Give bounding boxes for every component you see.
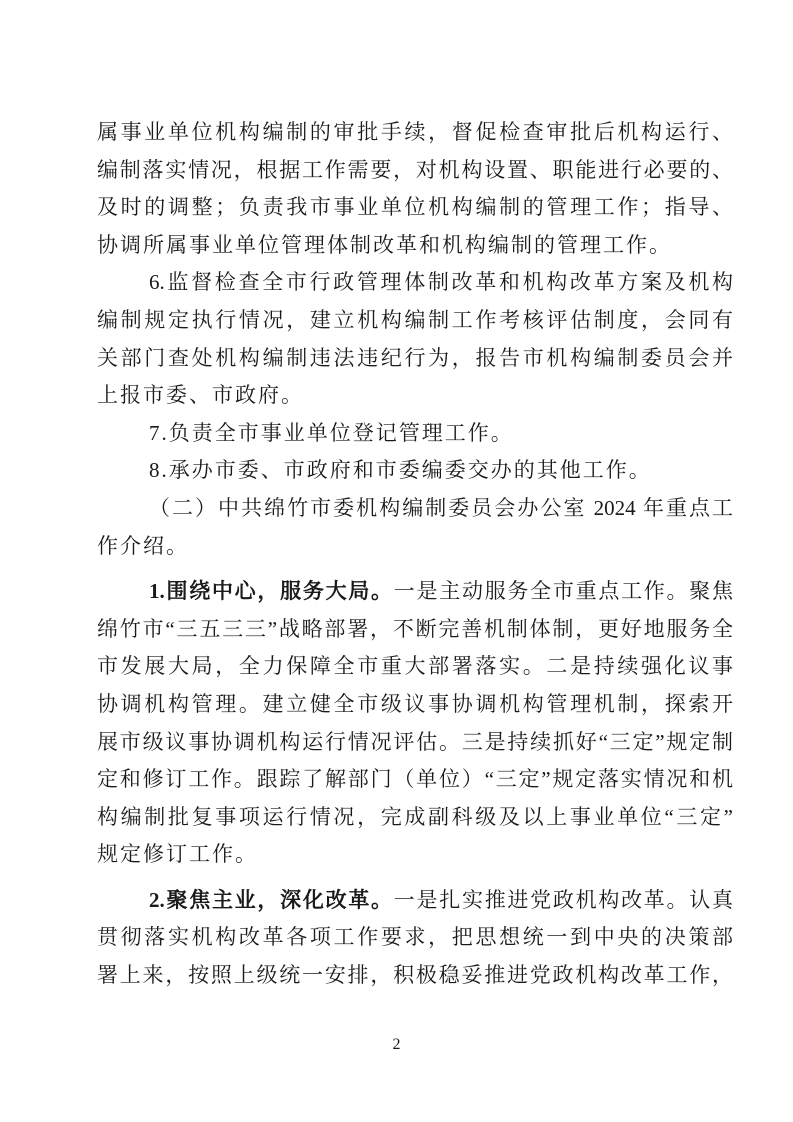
- text-run: 上报市委、市政府。: [97, 383, 304, 407]
- key-work-item-1: 1.围绕中心，服务大局。一是主动服务全市重点工作。聚焦绵竹市“三五三三”战略部署…: [97, 573, 733, 874]
- text-run: 绵竹市“三五三三”战略部署，不断完善机制体制，更好地服务全: [97, 617, 733, 641]
- text-run: 构编制批复事项运行情况，完成副科级及以上事业单位“三定”: [97, 805, 733, 829]
- page-number: 2: [0, 1036, 793, 1054]
- text-line: 属事业单位机构编制的审批手续，督促检查审批后机构运行、: [97, 114, 733, 152]
- text-run: 贯彻落实机构改革各项工作要求，把思想统一到中央的决策部: [97, 925, 733, 949]
- bold-run: 2.聚焦主业，深化改革。: [149, 888, 394, 912]
- duties-item-7: 7.负责全市事业单位登记管理工作。: [97, 415, 733, 453]
- text-run: 协调所属事业单位管理体制改革和机构编制的管理工作。: [97, 233, 672, 257]
- text-line: 市发展大局，全力保障全市重大部署落实。二是持续强化议事: [97, 648, 733, 686]
- text-line: 编制规定执行情况，建立机构编制工作考核评估制度，会同有: [97, 302, 733, 340]
- text-run: 定和修订工作。跟踪了解部门（单位）“三定”规定落实情况和机: [97, 767, 733, 791]
- text-run: （二）中共绵竹市委机构编制委员会办公室 2024 年重点工: [149, 496, 733, 520]
- text-run: 编制落实情况，根据工作需要，对机构设置、职能进行必要的、: [97, 158, 733, 182]
- text-run: 一是扎实推进党政机构改革。认真: [394, 888, 733, 912]
- text-run: 6.监督检查全市行政管理体制改革和机构改革方案及机构: [149, 270, 733, 294]
- text-line: 8.承办市委、市政府和市委编委交办的其他工作。: [97, 452, 733, 490]
- text-line: 协调机构管理。建立健全市级议事协调机构管理机制，探索开: [97, 686, 733, 724]
- text-line: 协调所属事业单位管理体制改革和机构编制的管理工作。: [97, 227, 733, 265]
- text-run: 关部门查处机构编制违法违纪行为，报告市机构编制委员会并: [97, 346, 733, 370]
- text-run: 一是主动服务全市重点工作。聚焦: [394, 579, 733, 603]
- text-line: 定和修订工作。跟踪了解部门（单位）“三定”规定落实情况和机: [97, 761, 733, 799]
- text-run: 8.承办市委、市政府和市委编委交办的其他工作。: [149, 458, 652, 482]
- text-line: 贯彻落实机构改革各项工作要求，把思想统一到中央的决策部: [97, 919, 733, 957]
- text-line: 6.监督检查全市行政管理体制改革和机构改革方案及机构: [97, 264, 733, 302]
- text-line: 7.负责全市事业单位登记管理工作。: [97, 415, 733, 453]
- text-line: 署上来，按照上级统一安排，积极稳妥推进党政机构改革工作，: [97, 957, 733, 995]
- bold-run: 1.围绕中心，服务大局。: [149, 579, 394, 603]
- document-page: 属事业单位机构编制的审批手续，督促检查审批后机构运行、编制落实情况，根据工作需要…: [0, 0, 793, 1122]
- text-run: 编制规定执行情况，建立机构编制工作考核评估制度，会同有: [97, 308, 733, 332]
- duties-item-8: 8.承办市委、市政府和市委编委交办的其他工作。: [97, 452, 733, 490]
- text-line: 编制落实情况，根据工作需要，对机构设置、职能进行必要的、: [97, 152, 733, 190]
- section-2-heading: （二）中共绵竹市委机构编制委员会办公室 2024 年重点工作介绍。: [97, 490, 733, 565]
- text-run: 7.负责全市事业单位登记管理工作。: [149, 421, 514, 445]
- text-line: 上报市委、市政府。: [97, 377, 733, 415]
- text-line: 作介绍。: [97, 528, 733, 566]
- text-run: 属事业单位机构编制的审批手续，督促检查审批后机构运行、: [97, 120, 733, 144]
- text-line: 绵竹市“三五三三”战略部署，不断完善机制体制，更好地服务全: [97, 611, 733, 649]
- document-body: 属事业单位机构编制的审批手续，督促检查审批后机构运行、编制落实情况，根据工作需要…: [97, 114, 733, 995]
- text-run: 署上来，按照上级统一安排，积极稳妥推进党政机构改革工作，: [97, 963, 733, 987]
- key-work-item-2: 2.聚焦主业，深化改革。一是扎实推进党政机构改革。认真贯彻落实机构改革各项工作要…: [97, 882, 733, 995]
- text-run: 市发展大局，全力保障全市重大部署落实。二是持续强化议事: [97, 654, 733, 678]
- text-run: 协调机构管理。建立健全市级议事协调机构管理机制，探索开: [97, 692, 733, 716]
- text-line: 规定修订工作。: [97, 836, 733, 874]
- text-run: 作介绍。: [97, 534, 189, 558]
- text-run: 及时的调整；负责我市事业单位机构编制的管理工作；指导、: [97, 195, 733, 219]
- text-line: 及时的调整；负责我市事业单位机构编制的管理工作；指导、: [97, 189, 733, 227]
- text-line: 关部门查处机构编制违法违纪行为，报告市机构编制委员会并: [97, 340, 733, 378]
- text-run: 展市级议事协调机构运行情况评估。三是持续抓好“三定”规定制: [97, 730, 733, 754]
- text-run: 规定修订工作。: [97, 842, 258, 866]
- text-line: 构编制批复事项运行情况，完成副科级及以上事业单位“三定”: [97, 799, 733, 837]
- text-line: 1.围绕中心，服务大局。一是主动服务全市重点工作。聚焦: [97, 573, 733, 611]
- duties-item-5-continuation: 属事业单位机构编制的审批手续，督促检查审批后机构运行、编制落实情况，根据工作需要…: [97, 114, 733, 264]
- text-line: 2.聚焦主业，深化改革。一是扎实推进党政机构改革。认真: [97, 882, 733, 920]
- text-line: 展市级议事协调机构运行情况评估。三是持续抓好“三定”规定制: [97, 724, 733, 762]
- text-line: （二）中共绵竹市委机构编制委员会办公室 2024 年重点工: [97, 490, 733, 528]
- duties-item-6: 6.监督检查全市行政管理体制改革和机构改革方案及机构编制规定执行情况，建立机构编…: [97, 264, 733, 414]
